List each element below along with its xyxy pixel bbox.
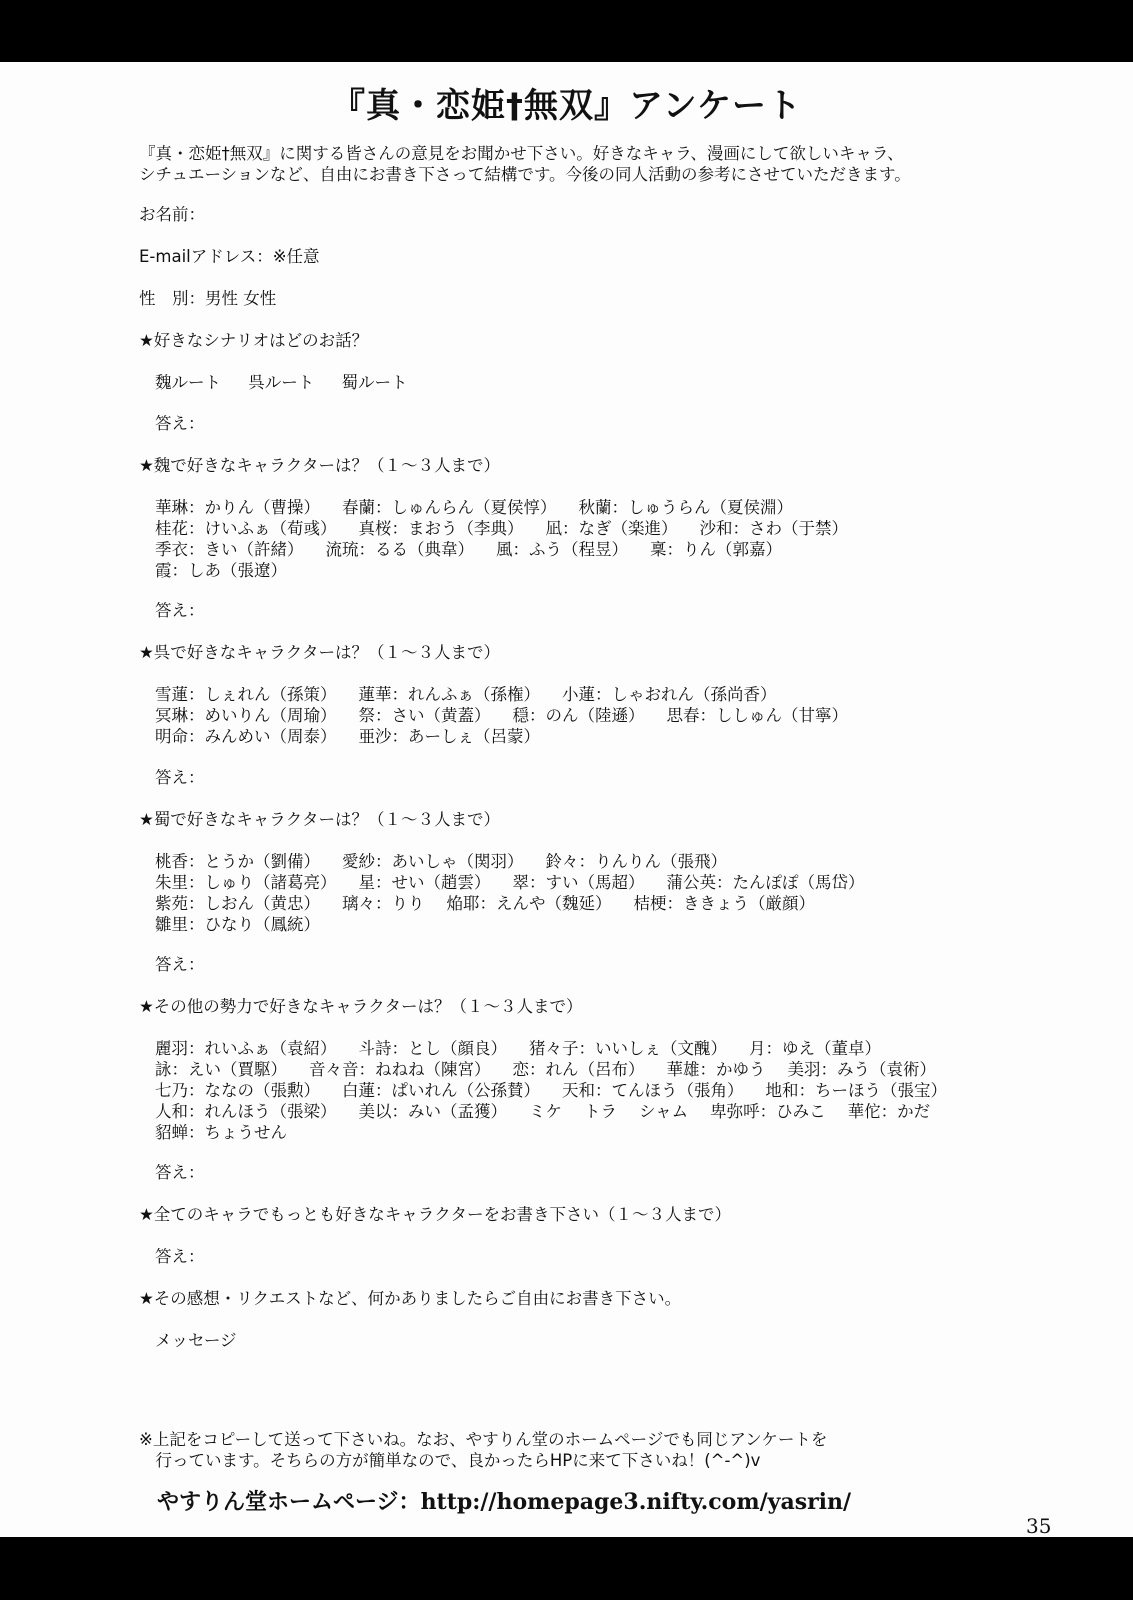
character-item: 七乃：ななの（張勲） [155,1081,320,1100]
character-row: 華琳：かりん（曹操）春蘭：しゅんらん（夏侯惇）秋蘭：しゅうらん（夏侯淵） [155,497,870,518]
homepage-label: やすりん堂ホームページ： [157,1489,421,1515]
character-item: 華琳：かりん（曹操） [155,498,320,517]
character-item: 翠：すい（馬超） [513,873,645,892]
character-item: 桃香：とうか（劉備） [155,852,320,871]
character-item: 秋蘭：しゅうらん（夏侯淵） [579,498,794,517]
email-field-label: E-mailアドレス：※任意 [139,246,320,267]
character-item: 天和：てんほう（張角） [562,1081,744,1100]
intro-line-2: シチュエーションなど、自由にお書き下さって結構です。今後の同人活動の参考にさせて… [139,164,911,185]
character-item: 風：ふう（程昱） [496,540,628,559]
character-row: 七乃：ななの（張勲）白蓮：ぱいれん（公孫賛）天和：てんほう（張角）地和：ちーほう… [155,1080,969,1101]
character-item: 人和：れんほう（張梁） [155,1102,337,1121]
answer-label-shu: 答え： [155,954,205,975]
character-item: 稟：りん（郭嘉） [650,540,782,559]
character-row: 冥琳：めいりん（周瑜）祭：さい（黄蓋）穏：のん（陸遜）思春：ししゅん（甘寧） [155,705,870,726]
footer-note-line-1: ※上記をコピーして送って下さいね。なお、やすりん堂のホームページでも同じアンケー… [139,1429,827,1450]
character-item: 思春：ししゅん（甘寧） [667,706,849,725]
character-item: 春蘭：しゅんらん（夏侯惇） [342,498,557,517]
character-row: 雪蓮：しぇれん（孫策）蓮華：れんふぁ（孫権）小蓮：しゃおれん（孫尚香） [155,684,870,705]
footer-note-line-2: 行っています。そちらの方が簡単なので、良かったらHPに来て下さいね！(^-^)v [139,1450,827,1471]
intro-line-1: 『真・恋姫†無双』に関する皆さんの意見をお聞かせ下さい。好きなキャラ、漫画にして… [139,143,911,164]
question-wu: ★呉で好きなキャラクターは？（１～３人まで） [139,642,500,663]
character-item: トラ [584,1102,617,1121]
bottom-black-border [0,1537,1133,1600]
question-other: ★その他の勢力で好きなキャラクターは？（１～３人まで） [139,996,582,1017]
character-item: 星：せい（趙雲） [359,873,491,892]
question-favorite: ★全てのキャラでもっとも好きなキャラクターをお書き下さい（１～３人まで） [139,1204,731,1225]
name-field-label: お名前： [139,204,205,225]
character-row: 人和：れんほう（張梁）美以：みい（孟獲）ミケトラシャム卑弥呼：ひみこ華佗：かだ [155,1101,969,1122]
character-row: 桂花：けいふぁ（荀彧）真桜：まおう（李典）凪：なぎ（楽進）沙和：さわ（于禁） [155,518,870,539]
character-item: 美羽：みう（袁術） [788,1060,937,1079]
character-item: 凪：なぎ（楽進） [546,519,678,538]
character-row: 季衣：きい（許緒）流琉：るる（典韋）風：ふう（程昱）稟：りん（郭嘉） [155,539,870,560]
character-item: 音々音：ねねね（陳宮） [309,1060,491,1079]
character-item: 季衣：きい（許緒） [155,540,304,559]
other-character-list: 麗羽：れいふぁ（袁紹）斗詩：とし（顔良）猪々子：いいしぇ（文醜）月：ゆえ（董卓）… [155,1038,969,1143]
character-item: 璃々：りり [342,894,425,913]
page-number: 35 [1026,1514,1051,1538]
character-row: 霞：しあ（張遼） [155,560,870,581]
question-scenario: ★好きなシナリオはどのお話？ [139,330,368,351]
character-item: 明命：みんめい（周泰） [155,727,337,746]
character-item: 流琉：るる（典韋） [326,540,475,559]
character-item: 穏：のん（陸遜） [513,706,645,725]
character-item: ミケ [529,1102,562,1121]
question-wei: ★魏で好きなキャラクターは？（１～３人まで） [139,455,500,476]
character-item: 猪々子：いいしぇ（文醜） [529,1039,727,1058]
character-item: 斗詩：とし（顔良） [359,1039,508,1058]
gender-field-label: 性 別：男性 女性 [139,288,276,309]
character-row: 貂蝉：ちょうせん [155,1122,969,1143]
character-item: 卑弥呼：ひみこ [710,1102,826,1121]
character-row: 紫苑：しおん（黄忠）璃々：りり焔耶：えんや（魏延）桔梗：ききょう（厳顔） [155,893,887,914]
character-item: 紫苑：しおん（黄忠） [155,894,320,913]
footer-note: ※上記をコピーして送って下さいね。なお、やすりん堂のホームページでも同じアンケー… [139,1429,827,1471]
answer-label-favorite: 答え： [155,1246,205,1267]
character-item: 沙和：さわ（于禁） [700,519,849,538]
character-item: 美以：みい（孟獲） [359,1102,508,1121]
character-row: 朱里：しゅり（諸葛亮）星：せい（趙雲）翠：すい（馬超）蒲公英：たんぽぽ（馬岱） [155,872,887,893]
answer-label-wu: 答え： [155,767,205,788]
character-item: 華雄：かゆう [667,1060,766,1079]
option-wu-route: 呉ルート [248,373,314,392]
character-item: 亜沙：あーしぇ（呂蒙） [359,727,541,746]
character-item: 桔梗：ききょう（厳顔） [634,894,816,913]
character-row: 桃香：とうか（劉備）愛紗：あいしゃ（関羽）鈴々：りんりん（張飛） [155,851,887,872]
wu-character-list: 雪蓮：しぇれん（孫策）蓮華：れんふぁ（孫権）小蓮：しゃおれん（孫尚香） 冥琳：め… [155,684,870,747]
character-item: 華佗：かだ [848,1102,931,1121]
character-row: 明命：みんめい（周泰）亜沙：あーしぇ（呂蒙） [155,726,870,747]
question-message: ★その感想・リクエストなど、何かありましたらご自由にお書き下さい。 [139,1288,681,1309]
character-item: 蒲公英：たんぽぽ（馬岱） [667,873,865,892]
character-item: 桂花：けいふぁ（荀彧） [155,519,337,538]
question-shu: ★蜀で好きなキャラクターは？（１～３人まで） [139,809,500,830]
homepage-url-link[interactable]: http://homepage3.nifty.com/yasrin/ [421,1489,852,1515]
character-item: 恋：れん（呂布） [513,1060,645,1079]
shu-character-list: 桃香：とうか（劉備）愛紗：あいしゃ（関羽）鈴々：りんりん（張飛） 朱里：しゅり（… [155,851,887,935]
homepage-line: やすりん堂ホームページ：http://homepage3.nifty.com/y… [157,1492,851,1513]
character-item: シャム [639,1102,688,1121]
character-item: 蓮華：れんふぁ（孫権） [359,685,541,704]
character-row: 雛里：ひなり（鳳統） [155,914,887,935]
character-item: 鈴々：りんりん（張飛） [546,852,728,871]
option-wei-route: 魏ルート [155,373,221,392]
character-item: 小蓮：しゃおれん（孫尚香） [562,685,777,704]
answer-label-scenario: 答え： [155,413,205,434]
character-item: 月：ゆえ（董卓） [749,1039,881,1058]
character-item: 冥琳：めいりん（周瑜） [155,706,337,725]
option-shu-route: 蜀ルート [342,373,408,392]
character-item: 地和：ちーほう（張宝） [766,1081,948,1100]
character-item: 真桜：まおう（李典） [359,519,524,538]
character-item: 白蓮：ぱいれん（公孫賛） [342,1081,540,1100]
character-item: 詠：えい（賈駆） [155,1060,287,1079]
character-item: 愛紗：あいしゃ（関羽） [342,852,524,871]
scenario-options: 魏ルート 呉ルート 蜀ルート [155,372,430,393]
character-item: 霞：しあ（張遼） [155,561,287,580]
page-title: 『真・恋姫†無双』アンケート [0,78,1133,127]
message-label: メッセージ [155,1330,237,1351]
character-row: 詠：えい（賈駆）音々音：ねねね（陳宮）恋：れん（呂布）華雄：かゆう美羽：みう（袁… [155,1059,969,1080]
top-black-border [0,0,1133,62]
wei-character-list: 華琳：かりん（曹操）春蘭：しゅんらん（夏侯惇）秋蘭：しゅうらん（夏侯淵） 桂花：… [155,497,870,581]
character-item: 焔耶：えんや（魏延） [447,894,612,913]
character-row: 麗羽：れいふぁ（袁紹）斗詩：とし（顔良）猪々子：いいしぇ（文醜）月：ゆえ（董卓） [155,1038,969,1059]
answer-label-wei: 答え： [155,600,205,621]
character-item: 麗羽：れいふぁ（袁紹） [155,1039,337,1058]
intro-paragraph: 『真・恋姫†無双』に関する皆さんの意見をお聞かせ下さい。好きなキャラ、漫画にして… [139,143,911,185]
character-item: 雪蓮：しぇれん（孫策） [155,685,337,704]
character-item: 貂蝉：ちょうせん [155,1123,287,1142]
character-item: 祭：さい（黄蓋） [359,706,491,725]
answer-label-other: 答え： [155,1162,205,1183]
character-item: 朱里：しゅり（諸葛亮） [155,873,337,892]
character-item: 雛里：ひなり（鳳統） [155,915,320,934]
